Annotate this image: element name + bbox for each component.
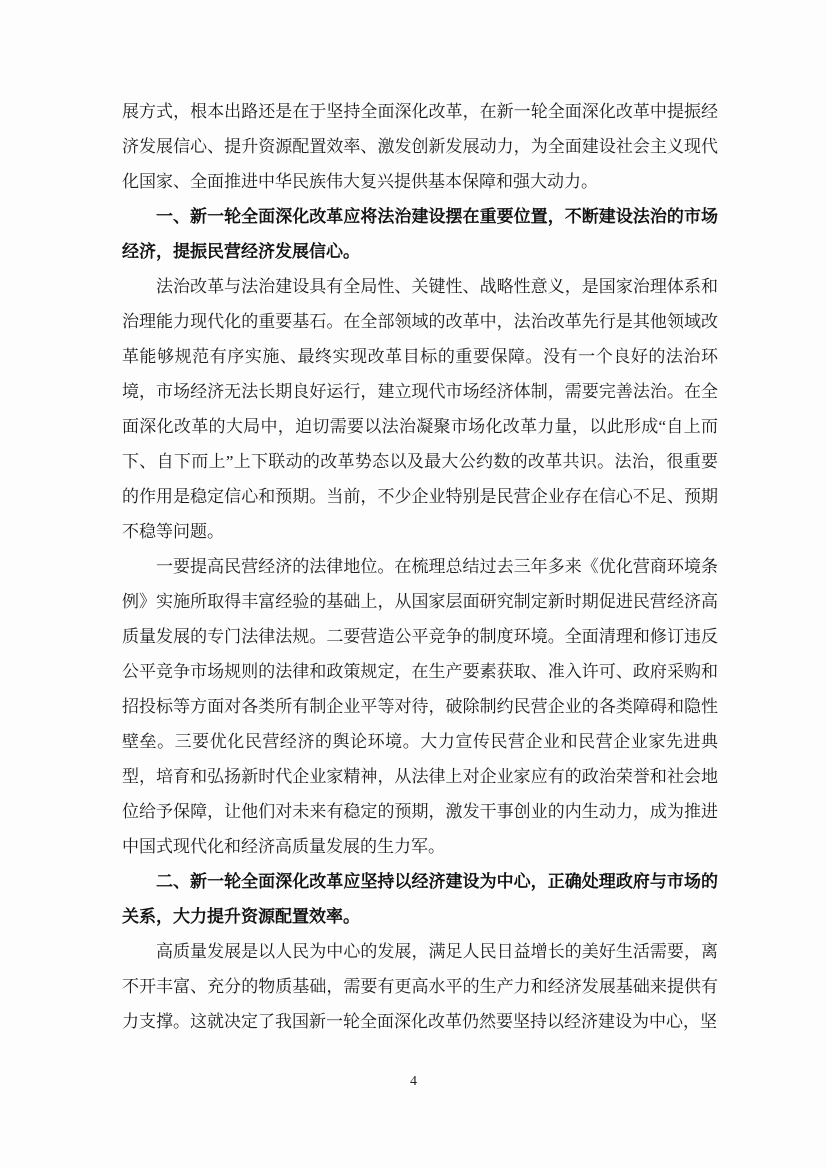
paragraph: 展方式，根本出路还是在于坚持全面深化改革，在新一轮全面深化改革中提振经济发展信心… xyxy=(122,94,718,199)
section-heading: 一、新一轮全面深化改革应将法治建设摆在重要位置，不断建设法治的市场经济，提振民营… xyxy=(122,199,718,269)
document-body: 展方式，根本出路还是在于坚持全面深化改革，在新一轮全面深化改革中提振经济发展信心… xyxy=(122,94,718,1039)
paragraph: 高质量发展是以人民为中心的发展，满足人民日益增长的美好生活需要，离不开丰富、充分… xyxy=(122,934,718,1039)
paragraph: 法治改革与法治建设具有全局性、关键性、战略性意义，是国家治理体系和治理能力现代化… xyxy=(122,269,718,549)
section-heading: 二、新一轮全面深化改革应坚持以经济建设为中心，正确处理政府与市场的关系，大力提升… xyxy=(122,864,718,934)
paragraph: 一要提高民营经济的法律地位。在梳理总结过去三年多来《优化营商环境条例》实施所取得… xyxy=(122,549,718,864)
page-number: 4 xyxy=(0,1072,827,1092)
document-page: 展方式，根本出路还是在于坚持全面深化改革，在新一轮全面深化改革中提振经济发展信心… xyxy=(0,0,827,1169)
